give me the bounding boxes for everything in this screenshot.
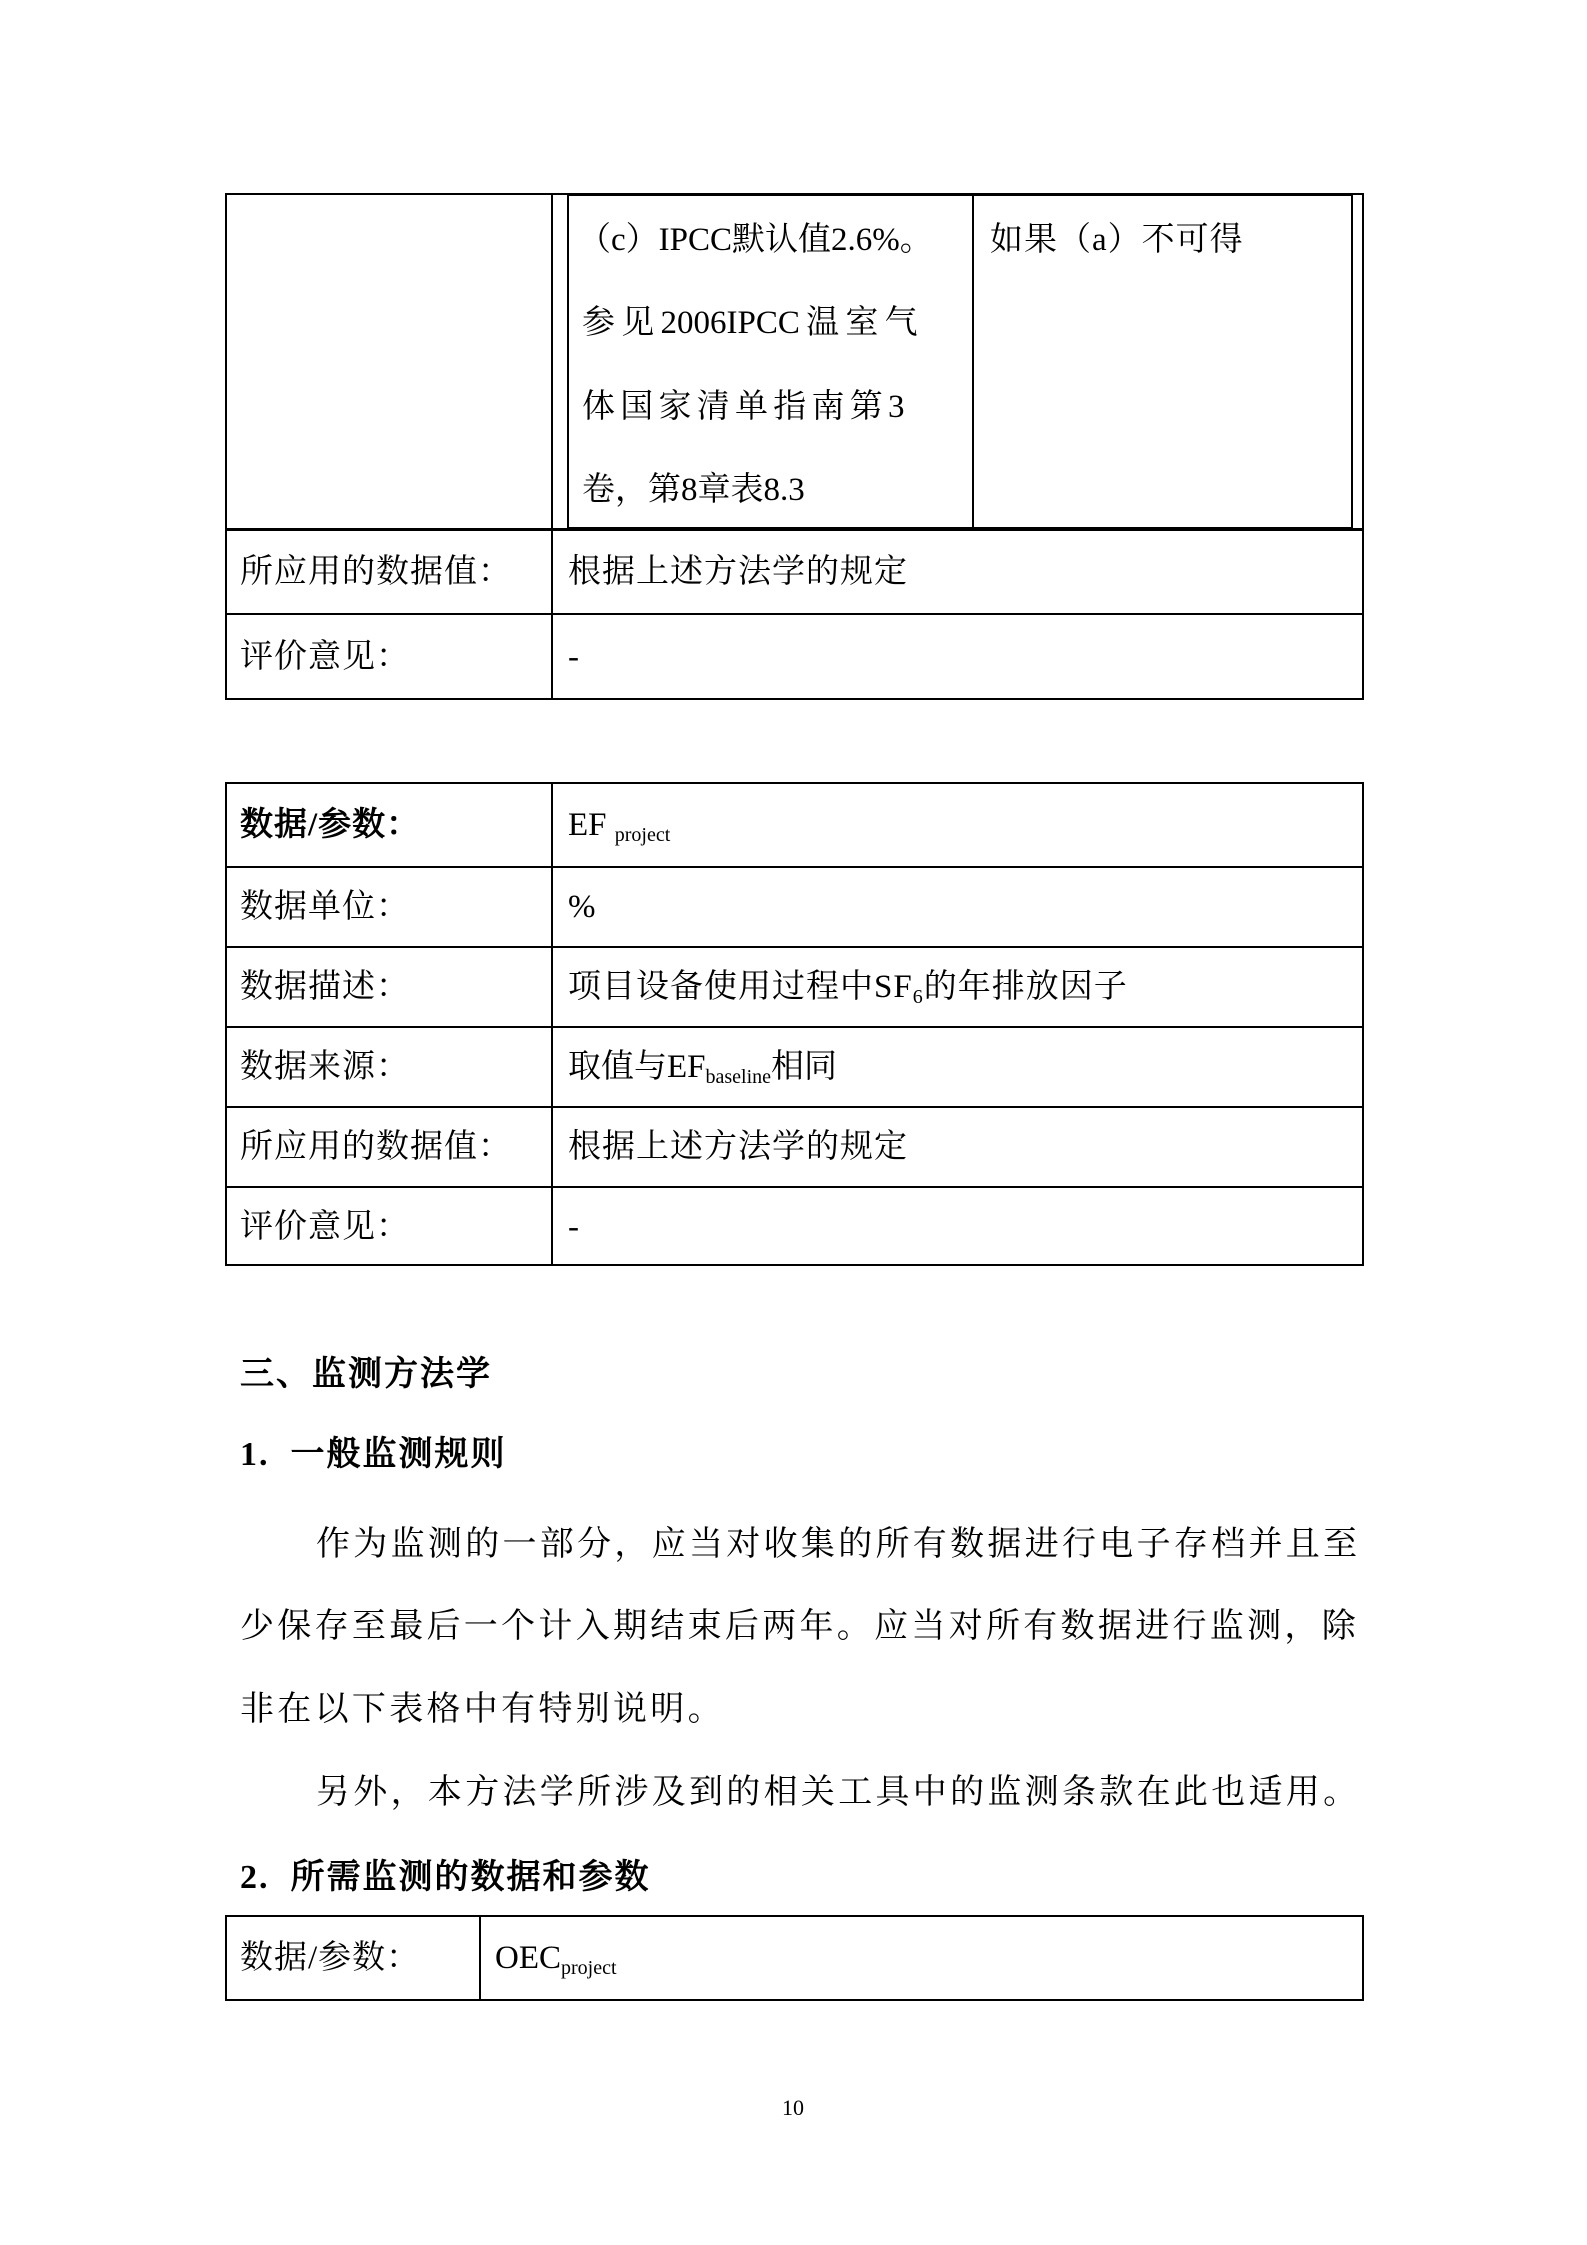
- description-text-end: 的年排放因子: [924, 969, 1128, 1005]
- row-label-unit: 数据单位：: [240, 887, 410, 927]
- param-subscript: project: [561, 1957, 617, 1979]
- source-text: 取值与EF: [568, 1049, 706, 1085]
- param-subscript: project: [615, 824, 671, 846]
- description-subscript: 6: [913, 986, 924, 1008]
- row-label-comments: 评价意见：: [240, 637, 410, 677]
- subsection-general-rules: 1. 一般监测规则: [240, 1435, 507, 1475]
- row-value-unit: %: [568, 887, 596, 927]
- table2-frame: [225, 782, 1364, 1266]
- row-value-parameter: OECproject: [495, 1938, 617, 1988]
- nested-cell-line: （c）IPCC默认值2.6%。: [578, 220, 933, 260]
- nested-cell-condition: 如果（a）不可得: [990, 220, 1244, 260]
- paragraph-line: 作为监测的一部分，应当对收集的所有数据进行电子存档并且至: [316, 1525, 1360, 1565]
- table2-column-divider: [551, 782, 553, 1266]
- row-label-applied-value: 所应用的数据值：: [240, 1127, 512, 1167]
- row-label-source: 数据来源：: [240, 1047, 410, 1087]
- row-value-comments: -: [568, 637, 579, 677]
- row-value-description: 项目设备使用过程中SF6的年排放因子: [568, 967, 1128, 1017]
- table2-row-divider: [225, 946, 1364, 948]
- table2-row-divider: [225, 866, 1364, 868]
- table1-row-divider: [225, 613, 1364, 615]
- row-value-applied-value: 根据上述方法学的规定: [568, 1127, 908, 1167]
- page-number: 10: [782, 2095, 804, 2121]
- row-value-parameter: EF project: [568, 805, 670, 855]
- row-label-comments: 评价意见：: [240, 1207, 410, 1247]
- table2-row-divider: [225, 1026, 1364, 1028]
- row-value-applied-value: 根据上述方法学的规定: [568, 552, 908, 592]
- row-label-description: 数据描述：: [240, 967, 410, 1007]
- row-value-source: 取值与EFbaseline相同: [568, 1047, 837, 1097]
- nested-cell-line: 卷，第8章表8.3: [582, 470, 805, 510]
- paragraph-line: 少保存至最后一个计入期结束后两年。应当对所有数据进行监测，除: [240, 1607, 1359, 1647]
- nested-cell-line: 体 国 家 清 单 指 南 第 3: [582, 387, 905, 427]
- table1-column-divider: [551, 193, 553, 700]
- param-symbol: EF: [568, 807, 607, 843]
- table2-row-divider: [225, 1186, 1364, 1188]
- row-label-parameter: 数据/参数：: [240, 805, 420, 845]
- row-value-comments: -: [568, 1207, 579, 1247]
- row-label-applied-value: 所应用的数据值：: [240, 552, 512, 592]
- paragraph-line: 非在以下表格中有特别说明。: [240, 1690, 725, 1730]
- row-label-parameter: 数据/参数：: [240, 1938, 420, 1978]
- section-title: 三、监测方法学: [240, 1355, 492, 1395]
- table3-column-divider: [479, 1915, 481, 2001]
- nested-cell-line: 参 见 2006IPCC 温 室 气: [582, 303, 918, 343]
- subsection-monitored-parameters: 2. 所需监测的数据和参数: [240, 1858, 651, 1898]
- param-symbol: OEC: [495, 1940, 561, 1976]
- source-subscript: baseline: [706, 1066, 772, 1088]
- source-text-end: 相同: [771, 1049, 837, 1085]
- paragraph-additional: 另外，本方法学所涉及到的相关工具中的监测条款在此也适用。: [316, 1773, 1360, 1813]
- table2-row-divider: [225, 1106, 1364, 1108]
- description-text: 项目设备使用过程中SF: [568, 969, 913, 1005]
- nested-table-divider: [972, 194, 974, 529]
